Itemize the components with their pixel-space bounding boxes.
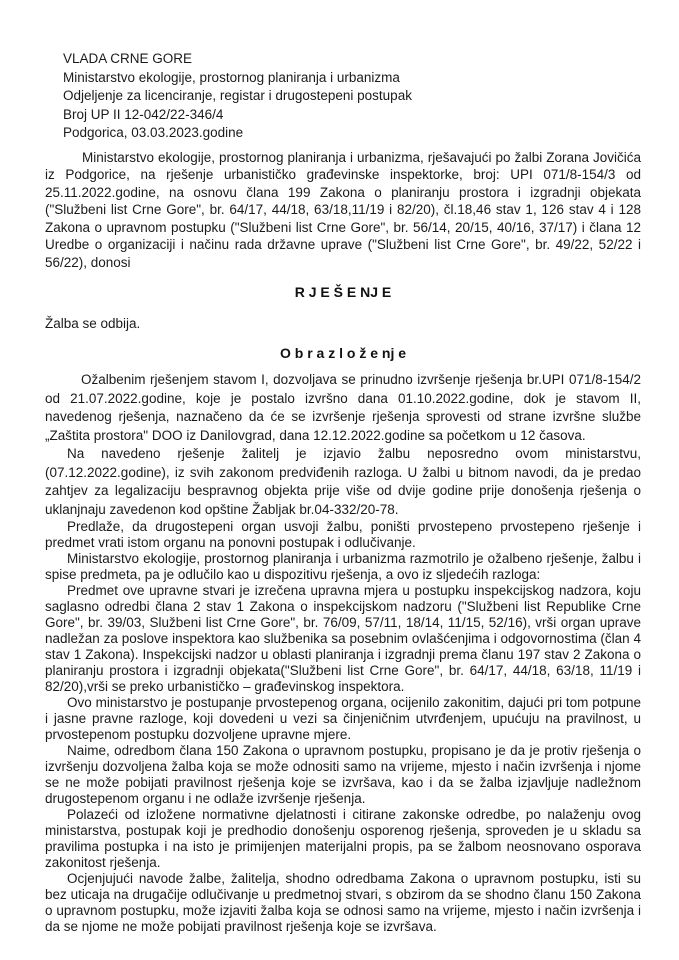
explanation-paragraph: Predmet ove upravne stvari je izrečena u…: [45, 583, 641, 695]
explanation-section: Ožalbenim rješenjem stavom I, dozvoljava…: [45, 371, 641, 935]
explanation-paragraph: Ožalbenim rješenjem stavom I, dozvoljava…: [45, 371, 641, 445]
letterhead-ministry: Ministarstvo ekologije, prostornog plani…: [63, 69, 641, 88]
explanation-paragraph: Na navedeno rješenje žalitelj je izjavio…: [45, 445, 641, 519]
dispositive-text: Žalba se odbija.: [45, 315, 641, 332]
explanation-paragraph: Ovo ministarstvo je postupanje prvostepe…: [45, 695, 641, 743]
explanation-paragraph: Polazeći od izložene normativne djelatno…: [45, 807, 641, 871]
explanation-paragraph: Predlaže, da drugostepeni organ usvoji ž…: [45, 519, 641, 551]
preamble-paragraph: Ministarstvo ekologije, prostornog plani…: [45, 149, 641, 272]
explanation-paragraph: Ministarstvo ekologije, prostornog plani…: [45, 551, 641, 583]
document-page: VLADA CRNE GORE Ministarstvo ekologije, …: [0, 0, 679, 960]
explanation-paragraph: Naime, odredbom člana 150 Zakona o uprav…: [45, 743, 641, 807]
explanation-paragraph: Ocjenjujući navode žalbe, žalitelja, sho…: [45, 871, 641, 935]
letterhead: VLADA CRNE GORE Ministarstvo ekologije, …: [63, 50, 641, 143]
letterhead-place-date: Podgorica, 03.03.2023.godine: [63, 124, 641, 143]
decision-title: R J E Š E NJ E: [45, 284, 641, 300]
letterhead-department: Odjeljenje za licenciranje, registar i d…: [63, 87, 641, 106]
explanation-title: O b r a z l o ž e nj e: [45, 345, 641, 361]
letterhead-issuer: VLADA CRNE GORE: [63, 50, 641, 69]
letterhead-case-number: Broj UP II 12-042/22-346/4: [63, 106, 641, 125]
